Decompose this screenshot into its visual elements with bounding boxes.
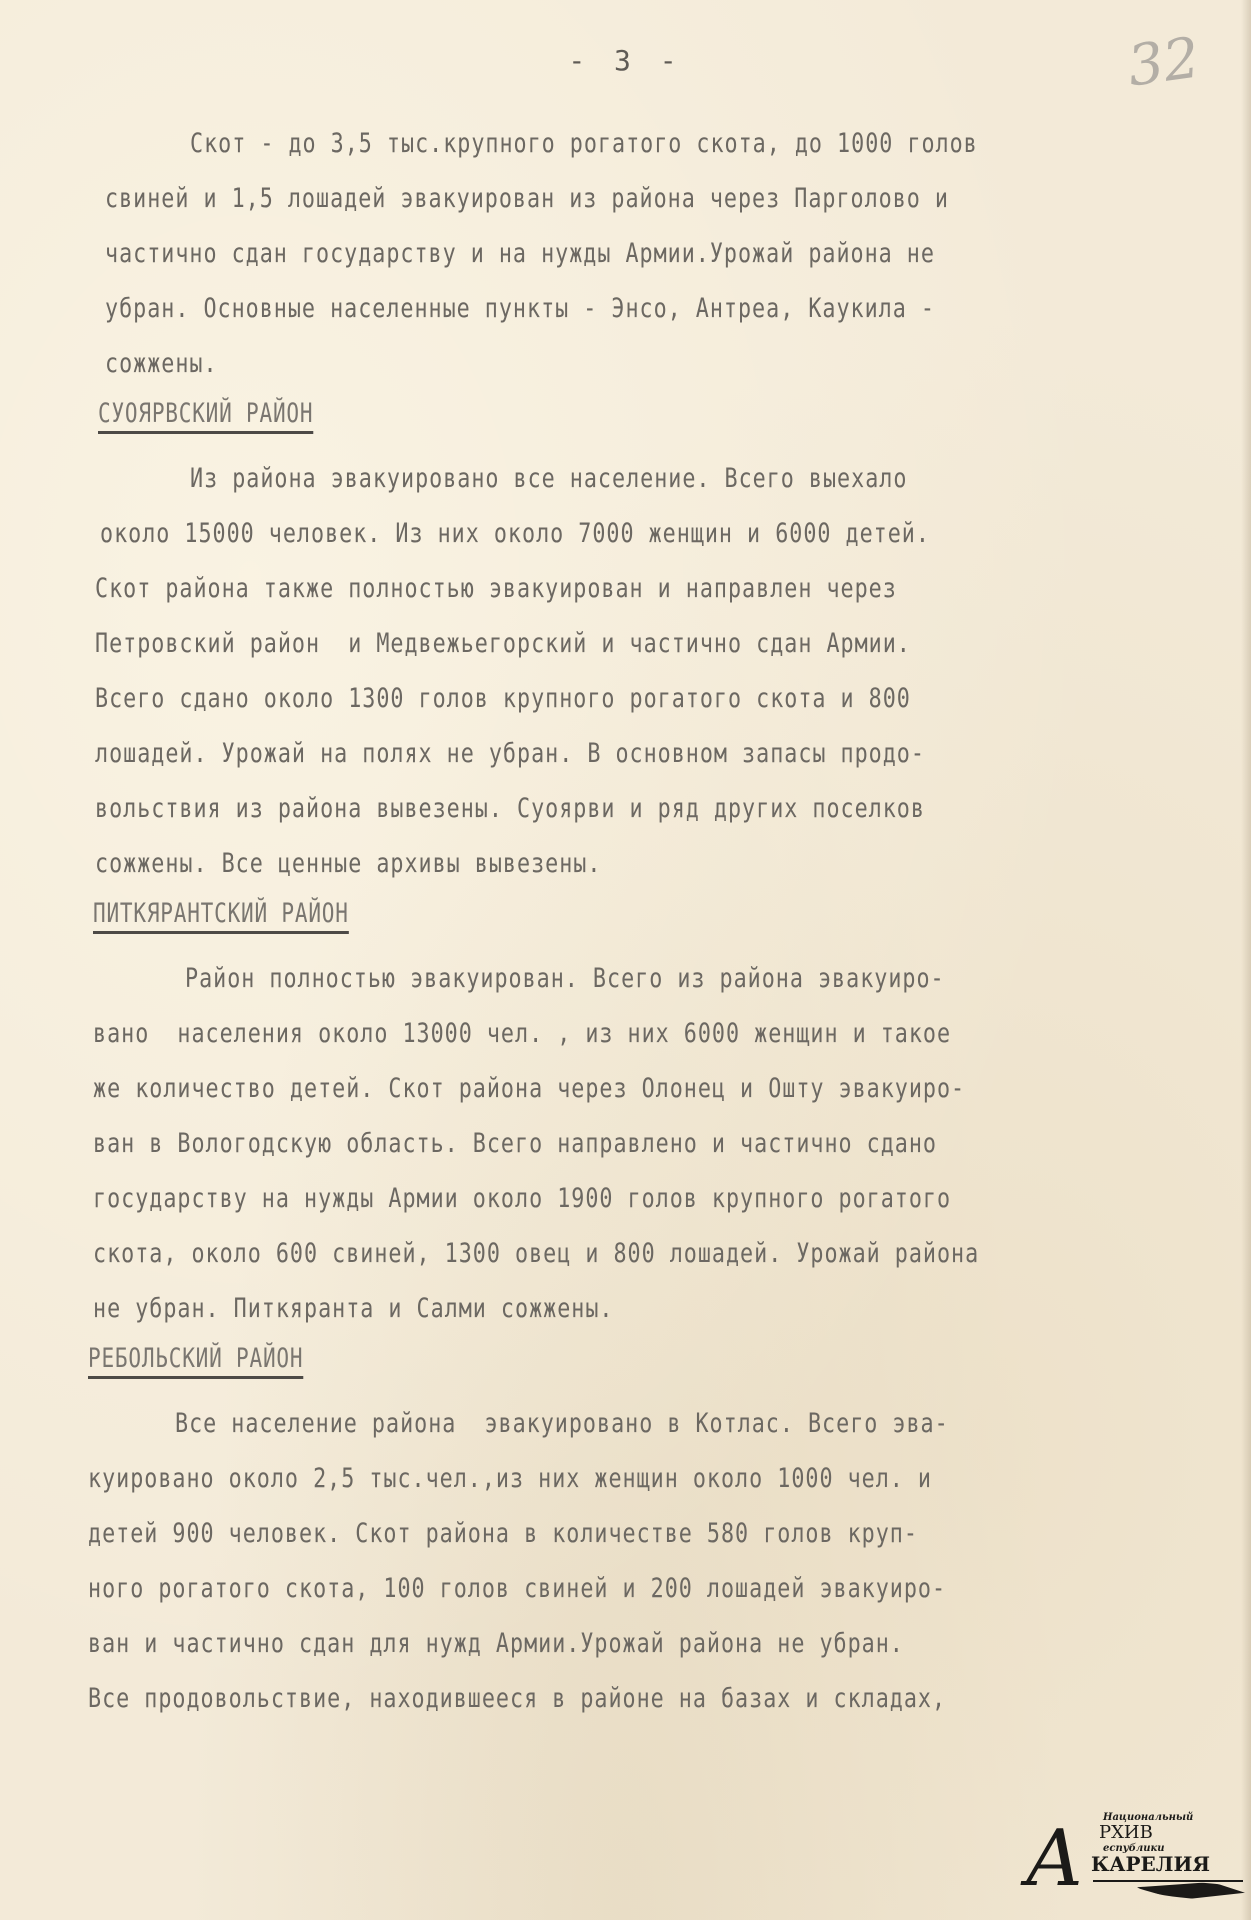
text-line: же количество детей. Скот района через О… [93, 1073, 965, 1104]
text-line: частично сдан государству и на нужды Арм… [105, 238, 935, 269]
text-line: вано населения около 13000 чел. , из них… [93, 1018, 951, 1049]
logo-line-archive: РХИВ [1099, 1822, 1153, 1843]
text-line: сожжены. [105, 348, 218, 379]
text-line: Всего сдано около 1300 голов крупного ро… [95, 683, 911, 714]
text-line: детей 900 человек. Скот района в количес… [88, 1518, 918, 1549]
section-heading-suojarvi: СУОЯРВСКИЙ РАЙОН [98, 398, 313, 434]
text-line: Скот района также полностью эвакуирован … [95, 573, 897, 604]
text-line: не убран. Питкяранта и Салми сожжены. [93, 1293, 613, 1324]
text-line: лошадей. Урожай на полях не убран. В осн… [95, 738, 925, 769]
text-line: свиней и 1,5 лошадей эвакуирован из райо… [105, 183, 949, 214]
text-line: куировано около 2,5 тыс.чел.,из них женщ… [88, 1463, 932, 1494]
page-edge [1241, 0, 1251, 1920]
archive-logo: А Национальный РХИВ еспублики КАРЕЛИЯ [1025, 1800, 1225, 1910]
text-line: Петровский район и Медвежьегорский и час… [95, 628, 911, 659]
text-line: сожжены. Все ценные архивы вывезены. [95, 848, 601, 879]
text-line: ван в Вологодскую область. Всего направл… [93, 1128, 937, 1159]
handwritten-sheet-number: 32 [1124, 25, 1204, 99]
logo-line-karelia: КАРЕЛИЯ [1091, 1852, 1210, 1876]
text-line: Из района эвакуировано все население. Вс… [190, 463, 907, 494]
section-heading-pitkyaranta: ПИТКЯРАНТСКИЙ РАЙОН [93, 898, 349, 934]
page-number: - 3 - [0, 44, 1251, 77]
text-line: ван и частично сдан для нужд Армии.Урожа… [88, 1628, 904, 1659]
text-line: Все население района эвакуировано в Котл… [175, 1408, 949, 1439]
feather-icon [1135, 1882, 1245, 1900]
section-heading-reboly: РЕБОЛЬСКИЙ РАЙОН [88, 1343, 303, 1379]
text-line: Все продовольствие, находившееся в район… [88, 1683, 946, 1714]
text-line: Скот - до 3,5 тыс.крупного рогатого скот… [190, 128, 978, 159]
text-line: вольствия из района вывезены. Суоярви и … [95, 793, 925, 824]
text-line: ного рогатого скота, 100 голов свиней и … [88, 1573, 946, 1604]
text-line: скота, около 600 свиней, 1300 овец и 800… [93, 1238, 979, 1269]
text-line: государству на нужды Армии около 1900 го… [93, 1183, 951, 1214]
text-line: Район полностью эвакуирован. Всего из ра… [185, 963, 945, 994]
logo-rule [1093, 1880, 1243, 1882]
text-line: убран. Основные населенные пункты - Энсо… [105, 293, 935, 324]
text-line: около 15000 человек. Из них около 7000 ж… [100, 518, 930, 549]
logo-initial: А [1025, 1820, 1084, 1898]
